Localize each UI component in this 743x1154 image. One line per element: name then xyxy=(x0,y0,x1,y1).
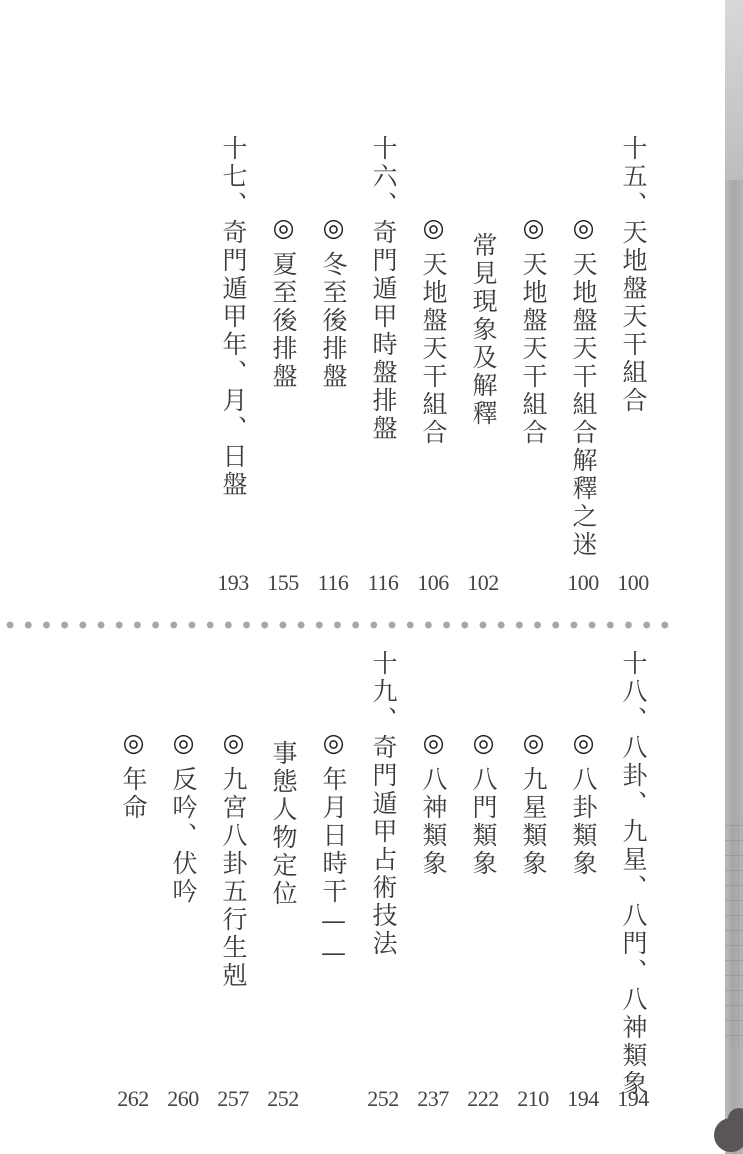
toc-chapter-16[interactable]: 十六、奇門遁甲時盤排盤 xyxy=(363,135,403,443)
page-number: 210 xyxy=(508,1086,558,1112)
toc-entry[interactable]: ◎八卦類象 xyxy=(563,728,603,878)
page-number: 222 xyxy=(458,1086,508,1112)
toc-entry[interactable]: ◎反吟、伏吟 xyxy=(163,728,203,906)
double-circle-icon: ◎ xyxy=(513,213,553,245)
page-number: 262 xyxy=(108,1086,158,1112)
toc-entry[interactable]: ◎九星類象 xyxy=(513,728,553,878)
page-number: 194 xyxy=(608,1086,658,1112)
page-number: 100 xyxy=(558,570,608,596)
toc-entry[interactable]: ◎年命 xyxy=(113,728,153,822)
double-circle-icon: ◎ xyxy=(413,213,453,245)
toc-chapter-18[interactable]: 十八、八卦、九星、八門、八神類象 xyxy=(613,650,653,1098)
toc-entry-continuation[interactable]: 事態人物定位 xyxy=(263,740,303,908)
page-number: 252 xyxy=(258,1086,308,1112)
toc-entry[interactable]: ◎天地盤天干組合 xyxy=(413,213,453,447)
double-circle-icon: ◎ xyxy=(463,728,503,760)
double-circle-icon: ◎ xyxy=(413,728,453,760)
double-circle-icon: ◎ xyxy=(213,728,253,760)
dotted-divider xyxy=(0,618,670,632)
page-number: 194 xyxy=(558,1086,608,1112)
double-circle-icon: ◎ xyxy=(563,728,603,760)
corner-ornament xyxy=(714,1118,743,1152)
page-number: 116 xyxy=(308,570,358,596)
double-circle-icon: ◎ xyxy=(113,728,153,760)
toc-entry[interactable]: ◎九宮八卦五行生剋 xyxy=(213,728,253,990)
toc-entry[interactable]: ◎天地盤天干組合解釋之迷 xyxy=(563,213,603,559)
toc-entry-continuation[interactable]: 常見現象及解釋 xyxy=(463,232,503,428)
toc-chapter-15[interactable]: 十五、天地盤天干組合 xyxy=(613,135,653,415)
toc-page: 十五、天地盤天干組合 ◎天地盤天干組合解釋之迷 ◎天地盤天干組合 常見現象及解釋… xyxy=(0,0,743,1154)
toc-entry[interactable]: ◎夏至後排盤 xyxy=(263,213,303,391)
page-number: 260 xyxy=(158,1086,208,1112)
double-circle-icon: ◎ xyxy=(163,728,203,760)
toc-entry[interactable]: ◎八門類象 xyxy=(463,728,503,878)
page-number: 252 xyxy=(358,1086,408,1112)
page-number: 116 xyxy=(358,570,408,596)
toc-entry[interactable]: ◎八神類象 xyxy=(413,728,453,878)
toc-entry[interactable]: ◎天地盤天干組合 xyxy=(513,213,553,447)
page-number: 257 xyxy=(208,1086,258,1112)
double-circle-icon: ◎ xyxy=(313,728,353,760)
page-number: 106 xyxy=(408,570,458,596)
double-circle-icon: ◎ xyxy=(313,213,353,245)
page-number: 155 xyxy=(258,570,308,596)
toc-chapter-17[interactable]: 十七、奇門遁甲年、月、日盤 xyxy=(213,135,253,499)
toc-entry[interactable]: ◎冬至後排盤 xyxy=(313,213,353,391)
double-circle-icon: ◎ xyxy=(563,213,603,245)
toc-entry[interactable]: ◎年月日時干—— xyxy=(313,728,353,970)
page-edge-highlight xyxy=(725,0,743,180)
double-circle-icon: ◎ xyxy=(263,213,303,245)
toc-chapter-19[interactable]: 十九、奇門遁甲占術技法 xyxy=(363,650,403,958)
page-number: 100 xyxy=(608,570,658,596)
double-circle-icon: ◎ xyxy=(513,728,553,760)
page-edge-crackle xyxy=(725,820,743,1050)
page-number: 237 xyxy=(408,1086,458,1112)
page-number: 193 xyxy=(208,570,258,596)
page-number: 102 xyxy=(458,570,508,596)
